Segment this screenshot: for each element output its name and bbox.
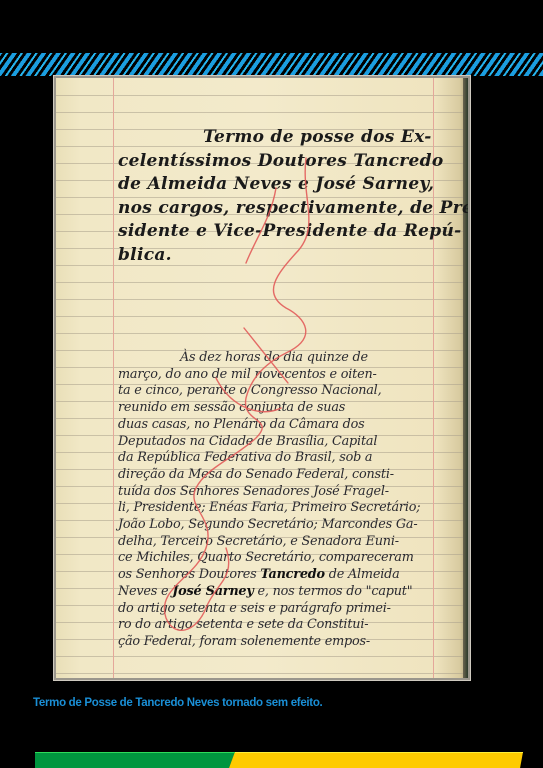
flag-yellow-segment <box>229 752 523 768</box>
body-text: e, nos termos do "caput" <box>258 584 413 599</box>
heading-line: nos cargos, respectivamente, de Pre- <box>118 197 438 221</box>
body-line: ce Michiles, Quarto Secretário, comparec… <box>118 550 438 567</box>
body-line: delha, Terceiro Secretário, e Senadora E… <box>118 534 438 551</box>
body-text: os Senhores Doutores <box>118 567 257 582</box>
flag-top-line <box>35 752 523 753</box>
heading-line: celentíssimos Doutores Tancredo <box>118 150 438 174</box>
heading-line: sidente e Vice-Presidente da Repú- <box>118 220 438 244</box>
body-line: ro do artigo setenta e sete da Constitui… <box>118 617 438 634</box>
body-line: li, Presidente; Enéas Faria, Primeiro Se… <box>118 500 438 517</box>
document-body: Às dez horas do dia quinze de março, do … <box>118 350 438 651</box>
heading-line: blica. <box>118 244 438 268</box>
name-sarney: José Sarney <box>172 584 253 599</box>
body-text: Neves e <box>118 584 168 599</box>
body-line: direção da Mesa do Senado Federal, const… <box>118 467 438 484</box>
image-caption: Termo de Posse de Tancredo Neves tornado… <box>33 697 322 709</box>
body-line: março, do ano de mil novecentos e oiten- <box>118 367 438 384</box>
body-line: reunido em sessão conjunta de suas <box>118 400 438 417</box>
body-line: ta e cinco, perante o Congresso Nacional… <box>118 383 438 400</box>
left-margin-line <box>113 78 114 678</box>
decorative-stripe-band <box>0 53 543 76</box>
body-line: do artigo setenta e seis e parágrafo pri… <box>118 601 438 618</box>
body-line: da República Federativa do Brasil, sob a <box>118 450 438 467</box>
heading-line: Termo de posse dos Ex- <box>118 126 438 150</box>
body-text: de Almeida <box>329 567 400 582</box>
document-heading: Termo de posse dos Ex- celentíssimos Dou… <box>118 126 438 267</box>
body-line: os Senhores Doutores Tancredo de Almeida <box>118 567 438 584</box>
body-line: Deputados na Cidade de Brasília, Capital <box>118 434 438 451</box>
name-tancredo: Tancredo <box>260 567 324 582</box>
body-line: Às dez horas do dia quinze de <box>118 350 438 367</box>
document-page: Termo de posse dos Ex- celentíssimos Dou… <box>56 78 468 678</box>
body-line: ção Federal, foram solenemente empos- <box>118 634 438 651</box>
body-line: duas casas, no Plenário da Câmara dos <box>118 417 438 434</box>
flag-color-bar <box>35 752 523 768</box>
flag-green-segment <box>35 752 235 768</box>
page-binding-edge <box>463 78 468 678</box>
body-line: Neves e José Sarney e, nos termos do "ca… <box>118 584 438 601</box>
heading-line: de Almeida Neves e José Sarney, <box>118 173 438 197</box>
body-line: tuída dos Senhores Senadores José Fragel… <box>118 484 438 501</box>
body-line: João Lobo, Segundo Secretário; Marcondes… <box>118 517 438 534</box>
